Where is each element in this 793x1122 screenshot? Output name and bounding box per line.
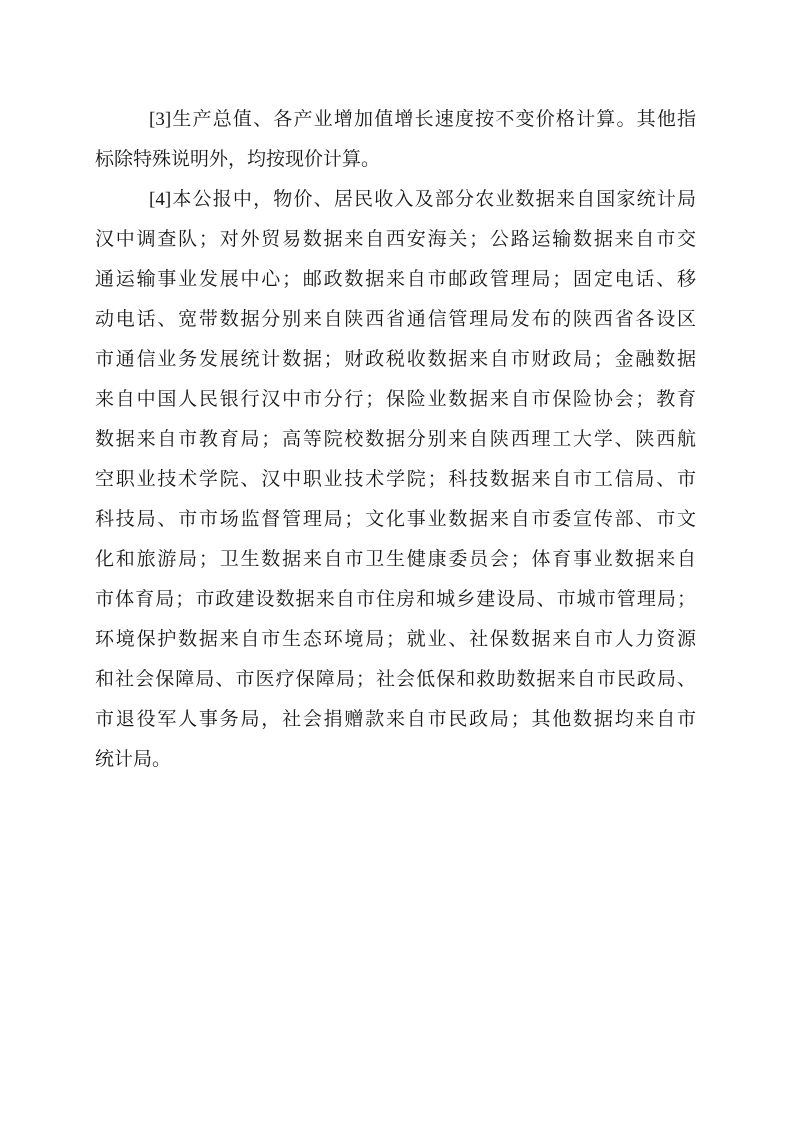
note-3: [3]生产总值、各产业增加值增长速度按不变价格计算。其他指标除特殊说明外，均按现…: [95, 100, 696, 180]
text-line: 标除特殊说明外，均按现价计算。: [95, 140, 696, 180]
text-line: 来自中国人民银行汉中市分行；保险业数据来自市保险协会；教育: [95, 380, 696, 420]
text-line: 化和旅游局；卫生数据来自市卫生健康委员会；体育事业数据来自: [95, 540, 696, 580]
text-line: 汉中调查队；对外贸易数据来自西安海关；公路运输数据来自市交: [95, 220, 696, 260]
text-line: 统计局。: [95, 740, 696, 780]
note-4: [4]本公报中，物价、居民收入及部分农业数据来自国家统计局汉中调查队；对外贸易数…: [95, 180, 696, 780]
text-line: 科技局、市市场监督管理局；文化事业数据来自市委宣传部、市文: [95, 500, 696, 540]
notes-section: [3]生产总值、各产业增加值增长速度按不变价格计算。其他指标除特殊说明外，均按现…: [95, 100, 696, 780]
text-line: 和社会保障局、市医疗保障局；社会低保和救助数据来自市民政局、: [95, 660, 696, 700]
text-line: 市通信业务发展统计数据；财政税收数据来自市财政局；金融数据: [95, 340, 696, 380]
text-line: [4]本公报中，物价、居民收入及部分农业数据来自国家统计局: [95, 180, 696, 220]
text-line: 数据来自市教育局；高等院校数据分别来自陕西理工大学、陕西航: [95, 420, 696, 460]
text-line: 空职业技术学院、汉中职业技术学院；科技数据来自市工信局、市: [95, 460, 696, 500]
text-line: 通运输事业发展中心；邮政数据来自市邮政管理局；固定电话、移: [95, 260, 696, 300]
document-page: [3]生产总值、各产业增加值增长速度按不变价格计算。其他指标除特殊说明外，均按现…: [0, 0, 793, 1122]
text-line: 环境保护数据来自市生态环境局；就业、社保数据来自市人力资源: [95, 620, 696, 660]
text-line: 动电话、宽带数据分别来自陕西省通信管理局发布的陕西省各设区: [95, 300, 696, 340]
text-line: 市退役军人事务局，社会捐赠款来自市民政局；其他数据均来自市: [95, 700, 696, 740]
text-line: 市体育局；市政建设数据来自市住房和城乡建设局、市城市管理局；: [95, 580, 696, 620]
text-line: [3]生产总值、各产业增加值增长速度按不变价格计算。其他指: [95, 100, 696, 140]
